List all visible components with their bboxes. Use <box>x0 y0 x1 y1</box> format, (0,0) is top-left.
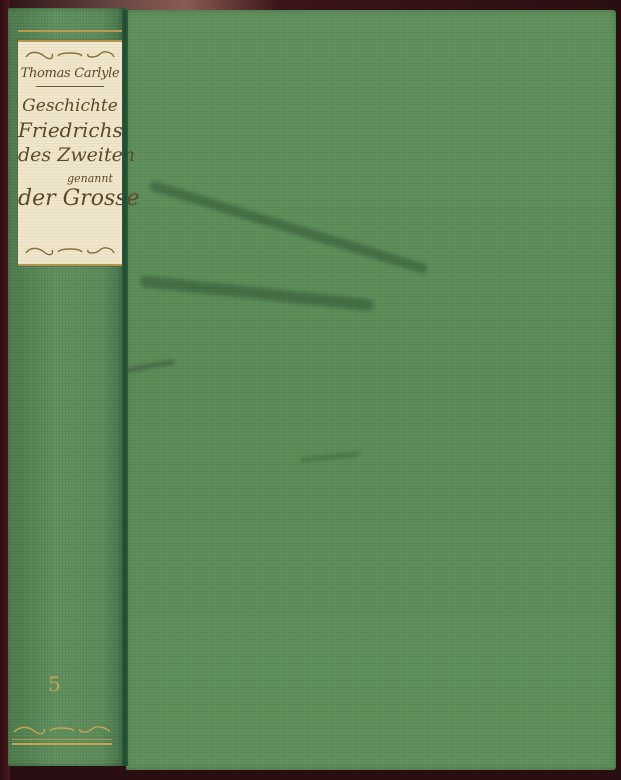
gilt-rule <box>12 739 112 740</box>
front-cover <box>126 10 616 770</box>
scroll-ornament-icon <box>24 48 116 62</box>
spine-hinge <box>122 10 128 766</box>
gilt-rule <box>12 743 112 745</box>
scroll-ornament-icon <box>24 244 116 258</box>
spine-label: Thomas Carlyle Geschichte Friedrichs des… <box>18 40 122 266</box>
book-spine: Thomas Carlyle Geschichte Friedrichs des… <box>8 8 126 766</box>
title-line: Friedrichs <box>18 118 122 142</box>
title-line: der Grosse <box>18 186 122 211</box>
gilt-rule <box>18 30 122 32</box>
scroll-ornament-icon <box>12 724 112 736</box>
author-name: Thomas Carlyle <box>18 66 122 81</box>
title-line: Geschichte <box>18 96 122 116</box>
volume-number: 5 <box>48 672 61 696</box>
title-line: des Zweiten <box>18 144 122 166</box>
author-rule <box>36 86 104 87</box>
